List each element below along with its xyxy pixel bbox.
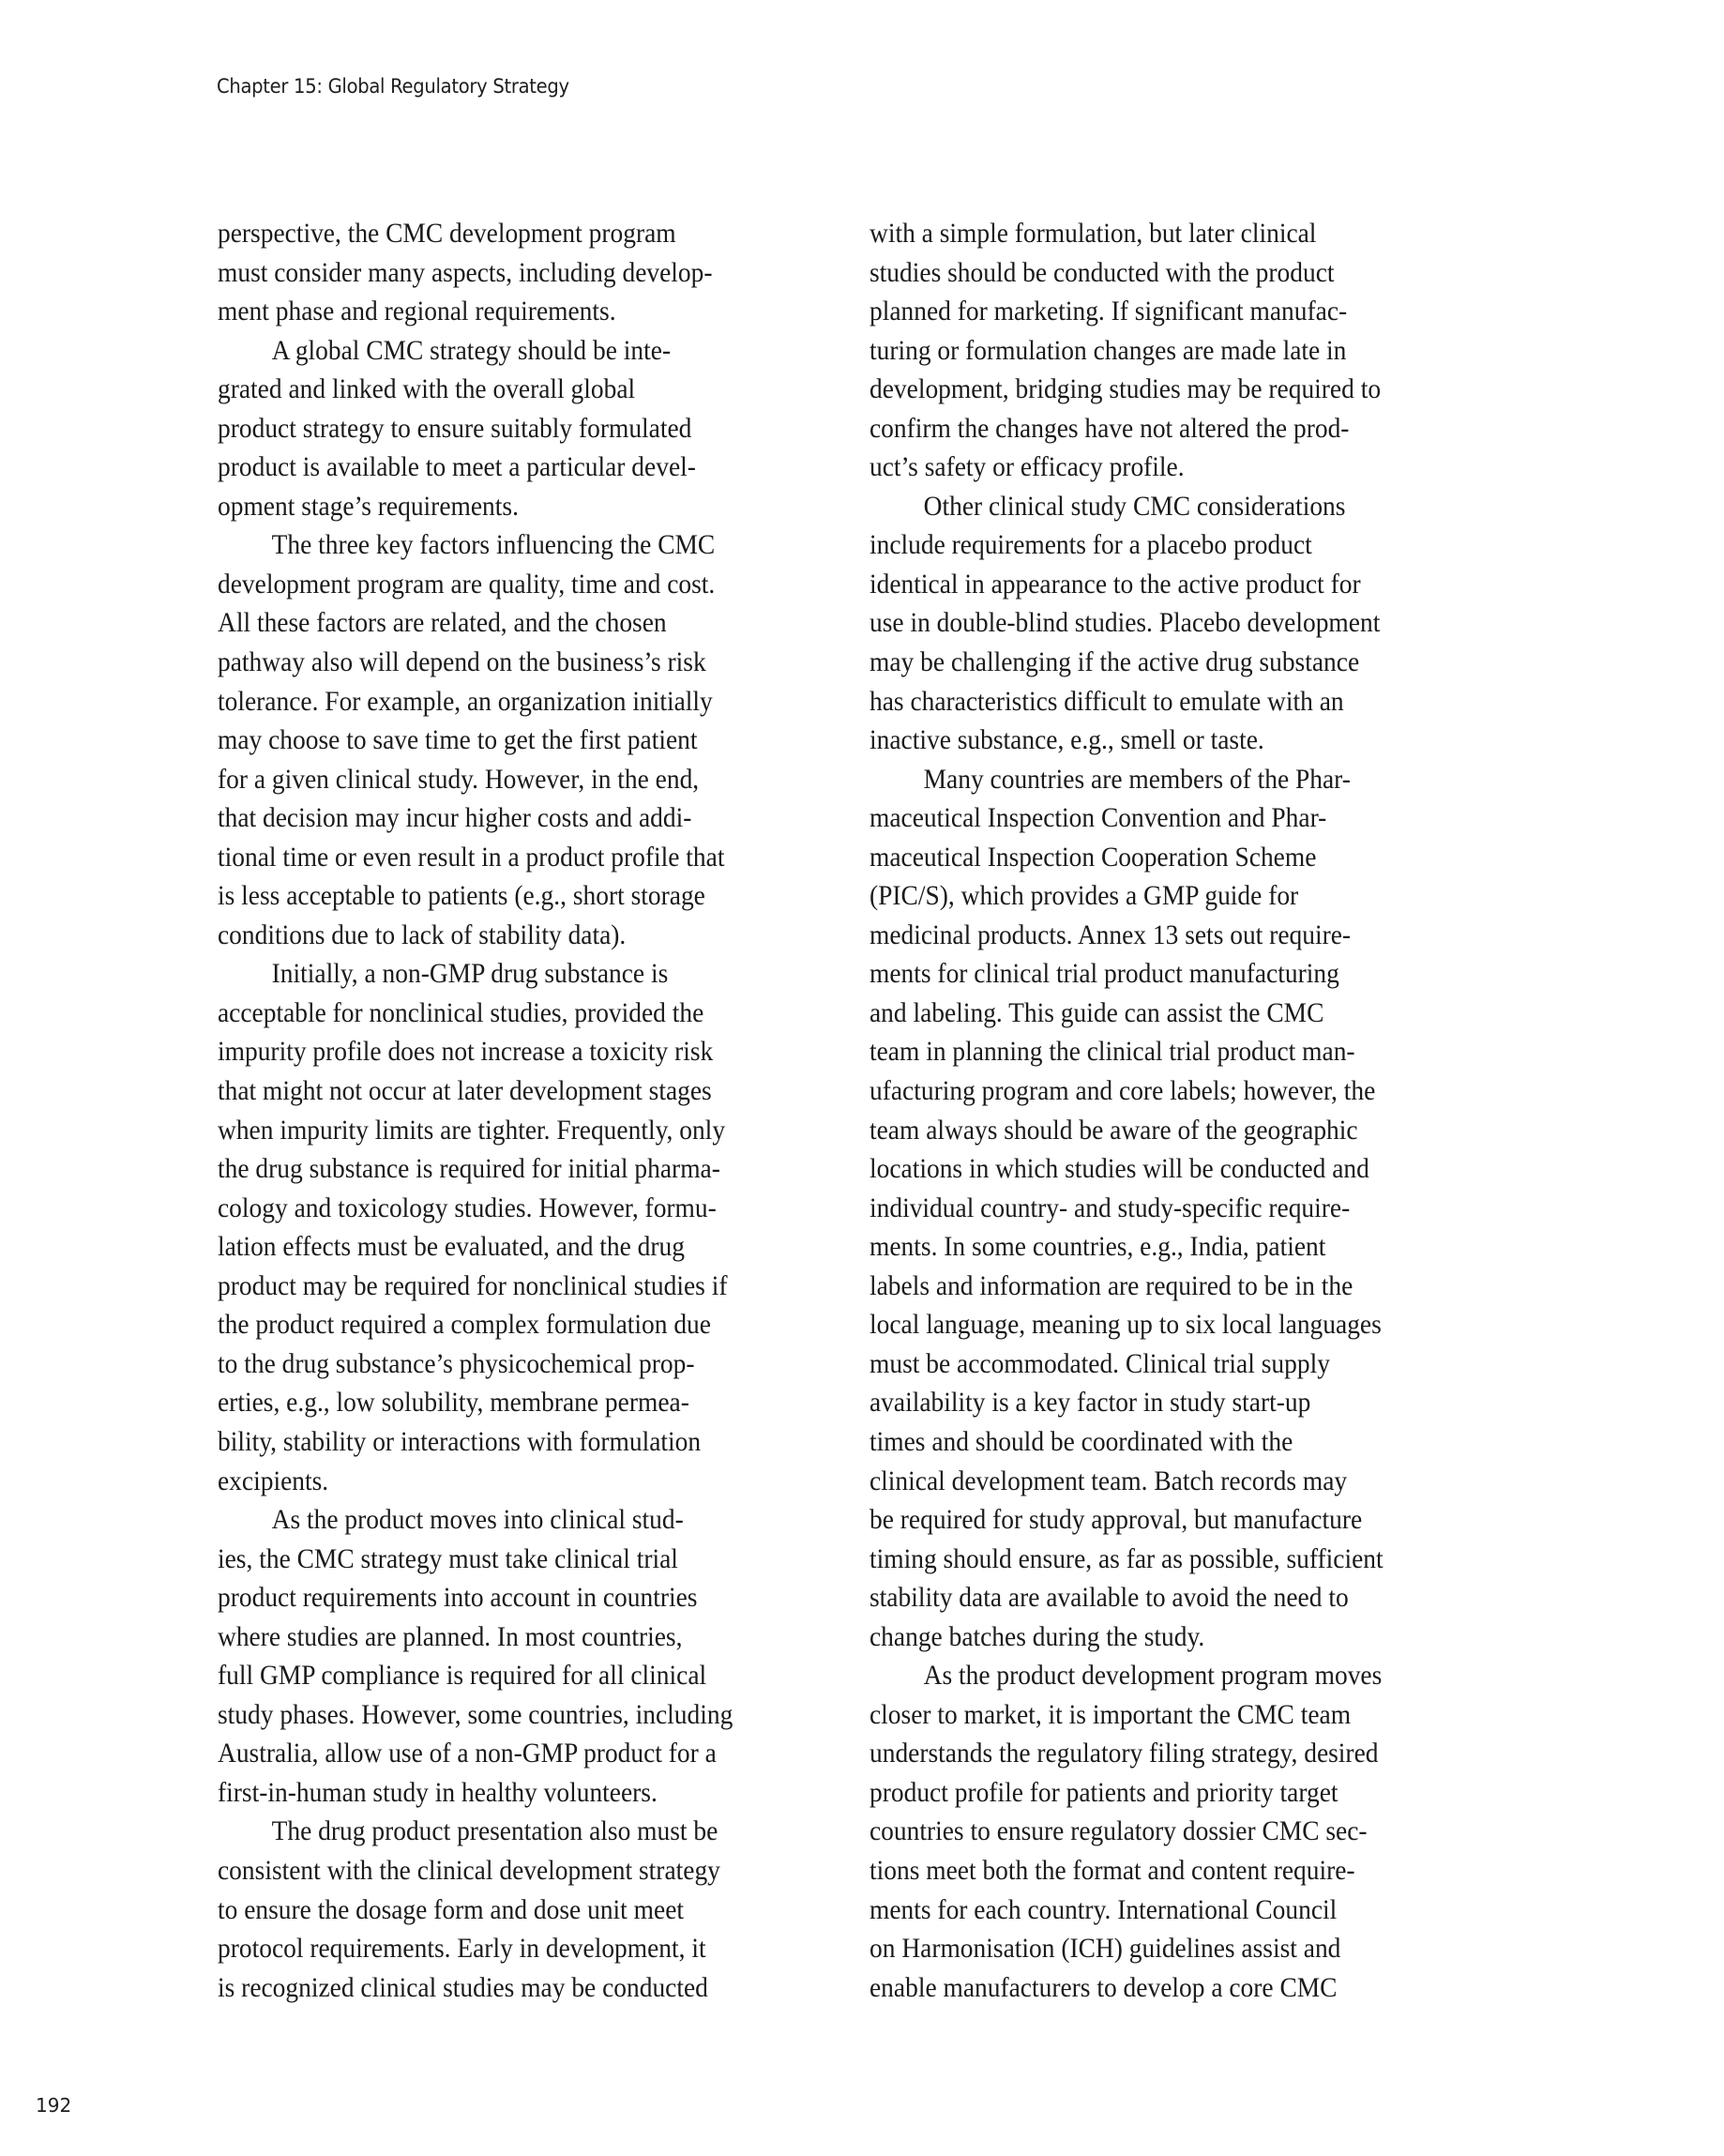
- text-line: local language, meaning up to six local …: [870, 1305, 1436, 1344]
- text-line: inactive substance, e.g., smell or taste…: [870, 721, 1436, 760]
- text-line: to ensure the dosage form and dose unit …: [218, 1890, 784, 1930]
- text-line: consistent with the clinical development…: [218, 1851, 784, 1890]
- text-line: study phases. However, some countries, i…: [218, 1695, 784, 1735]
- text-line: individual country- and study-specific r…: [870, 1189, 1436, 1228]
- text-line: development program are quality, time an…: [218, 565, 784, 604]
- text-line: tolerance. For example, an organization …: [218, 682, 784, 721]
- text-line: lation effects must be evaluated, and th…: [218, 1227, 784, 1267]
- text-line: confirm the changes have not altered the…: [870, 409, 1436, 448]
- text-line: may be challenging if the active drug su…: [870, 643, 1436, 682]
- text-line: ment phase and regional requirements.: [218, 292, 784, 331]
- text-line: excipients.: [218, 1462, 784, 1501]
- text-line: timing should ensure, as far as possible…: [870, 1540, 1436, 1579]
- paragraph-first-line: A global CMC strategy should be inte-: [218, 331, 784, 371]
- text-line: times and should be coordinated with the: [870, 1422, 1436, 1462]
- text-line: opment stage’s requirements.: [218, 487, 784, 526]
- paragraph-first-line: Many countries are members of the Phar-: [870, 760, 1436, 799]
- paragraph-first-line: As the product development program moves: [870, 1656, 1436, 1695]
- text-line: perspective, the CMC development program: [218, 214, 784, 253]
- text-line: closer to market, it is important the CM…: [870, 1695, 1436, 1735]
- text-line: maceutical Inspection Cooperation Scheme: [870, 838, 1436, 877]
- text-line: the product required a complex formulati…: [218, 1305, 784, 1344]
- text-line: ments for clinical trial product manufac…: [870, 954, 1436, 994]
- paragraph-first-line: Initially, a non-GMP drug substance is: [218, 954, 784, 994]
- text-line: first-in-human study in healthy voluntee…: [218, 1773, 784, 1813]
- text-line: turing or formulation changes are made l…: [870, 331, 1436, 371]
- running-head-chapter-title: Chapter 15: Global Regulatory Strategy: [217, 75, 569, 98]
- text-line: protocol requirements. Early in developm…: [218, 1929, 784, 1968]
- text-line: conditions due to lack of stability data…: [218, 916, 784, 955]
- text-line: team in planning the clinical trial prod…: [870, 1032, 1436, 1071]
- text-line: labels and information are required to b…: [870, 1267, 1436, 1306]
- text-line: is recognized clinical studies may be co…: [218, 1968, 784, 2008]
- text-line: full GMP compliance is required for all …: [218, 1656, 784, 1695]
- text-line: ies, the CMC strategy must take clinical…: [218, 1540, 784, 1579]
- text-line: ufacturing program and core labels; howe…: [870, 1071, 1436, 1111]
- text-line: product strategy to ensure suitably form…: [218, 409, 784, 448]
- text-line: ments for each country. International Co…: [870, 1890, 1436, 1930]
- text-line: and labeling. This guide can assist the …: [870, 994, 1436, 1033]
- text-line: tional time or even result in a product …: [218, 838, 784, 877]
- text-line: product may be required for nonclinical …: [218, 1267, 784, 1306]
- body-column-right: with a simple formulation, but later cli…: [870, 214, 1489, 2007]
- text-line: team always should be aware of the geogr…: [870, 1111, 1436, 1150]
- text-line: include requirements for a placebo produ…: [870, 525, 1436, 565]
- paragraph-first-line: The three key factors influencing the CM…: [218, 525, 784, 565]
- text-line: when impurity limits are tighter. Freque…: [218, 1111, 784, 1150]
- text-line: the drug substance is required for initi…: [218, 1149, 784, 1189]
- text-line: stability data are available to avoid th…: [870, 1578, 1436, 1617]
- text-line: on Harmonisation (ICH) guidelines assist…: [870, 1929, 1436, 1968]
- text-line: cology and toxicology studies. However, …: [218, 1189, 784, 1228]
- text-line: maceutical Inspection Convention and Pha…: [870, 798, 1436, 838]
- text-line: clinical development team. Batch records…: [870, 1462, 1436, 1501]
- text-line: may choose to save time to get the first…: [218, 721, 784, 760]
- text-line: availability is a key factor in study st…: [870, 1383, 1436, 1422]
- text-line: uct’s safety or efficacy profile.: [870, 448, 1436, 487]
- page-number: 192: [36, 2094, 71, 2117]
- text-line: must be accommodated. Clinical trial sup…: [870, 1344, 1436, 1384]
- text-line: medicinal products. Annex 13 sets out re…: [870, 916, 1436, 955]
- text-line: product profile for patients and priorit…: [870, 1773, 1436, 1813]
- text-line: identical in appearance to the active pr…: [870, 565, 1436, 604]
- text-line: product is available to meet a particula…: [218, 448, 784, 487]
- text-line: planned for marketing. If significant ma…: [870, 292, 1436, 331]
- text-line: Australia, allow use of a non-GMP produc…: [218, 1734, 784, 1773]
- text-line: be required for study approval, but manu…: [870, 1500, 1436, 1540]
- text-line: that decision may incur higher costs and…: [218, 798, 784, 838]
- text-line: use in double-blind studies. Placebo dev…: [870, 603, 1436, 643]
- text-line: has characteristics difficult to emulate…: [870, 682, 1436, 721]
- text-line: with a simple formulation, but later cli…: [870, 214, 1436, 253]
- body-column-left: perspective, the CMC development program…: [218, 214, 837, 2007]
- paragraph-first-line: Other clinical study CMC considerations: [870, 487, 1436, 526]
- text-line: ments. In some countries, e.g., India, p…: [870, 1227, 1436, 1267]
- text-line: change batches during the study.: [870, 1617, 1436, 1657]
- text-line: acceptable for nonclinical studies, prov…: [218, 994, 784, 1033]
- text-line: bility, stability or interactions with f…: [218, 1422, 784, 1462]
- text-line: for a given clinical study. However, in …: [218, 760, 784, 799]
- text-line: studies should be conducted with the pro…: [870, 253, 1436, 293]
- text-line: All these factors are related, and the c…: [218, 603, 784, 643]
- text-line: impurity profile does not increase a tox…: [218, 1032, 784, 1071]
- text-line: countries to ensure regulatory dossier C…: [870, 1812, 1436, 1851]
- text-line: locations in which studies will be condu…: [870, 1149, 1436, 1189]
- paragraph-first-line: The drug product presentation also must …: [218, 1812, 784, 1851]
- text-line: is less acceptable to patients (e.g., sh…: [218, 876, 784, 916]
- text-line: to the drug substance’s physicochemical …: [218, 1344, 784, 1384]
- paragraph-first-line: As the product moves into clinical stud-: [218, 1500, 784, 1540]
- text-line: must consider many aspects, including de…: [218, 253, 784, 293]
- text-line: enable manufacturers to develop a core C…: [870, 1968, 1436, 2008]
- text-line: where studies are planned. In most count…: [218, 1617, 784, 1657]
- text-line: grated and linked with the overall globa…: [218, 370, 784, 409]
- text-line: that might not occur at later developmen…: [218, 1071, 784, 1111]
- text-line: tions meet both the format and content r…: [870, 1851, 1436, 1890]
- text-line: erties, e.g., low solubility, membrane p…: [218, 1383, 784, 1422]
- text-line: development, bridging studies may be req…: [870, 370, 1436, 409]
- text-line: pathway also will depend on the business…: [218, 643, 784, 682]
- text-line: (PIC/S), which provides a GMP guide for: [870, 876, 1436, 916]
- text-line: understands the regulatory filing strate…: [870, 1734, 1436, 1773]
- text-line: product requirements into account in cou…: [218, 1578, 784, 1617]
